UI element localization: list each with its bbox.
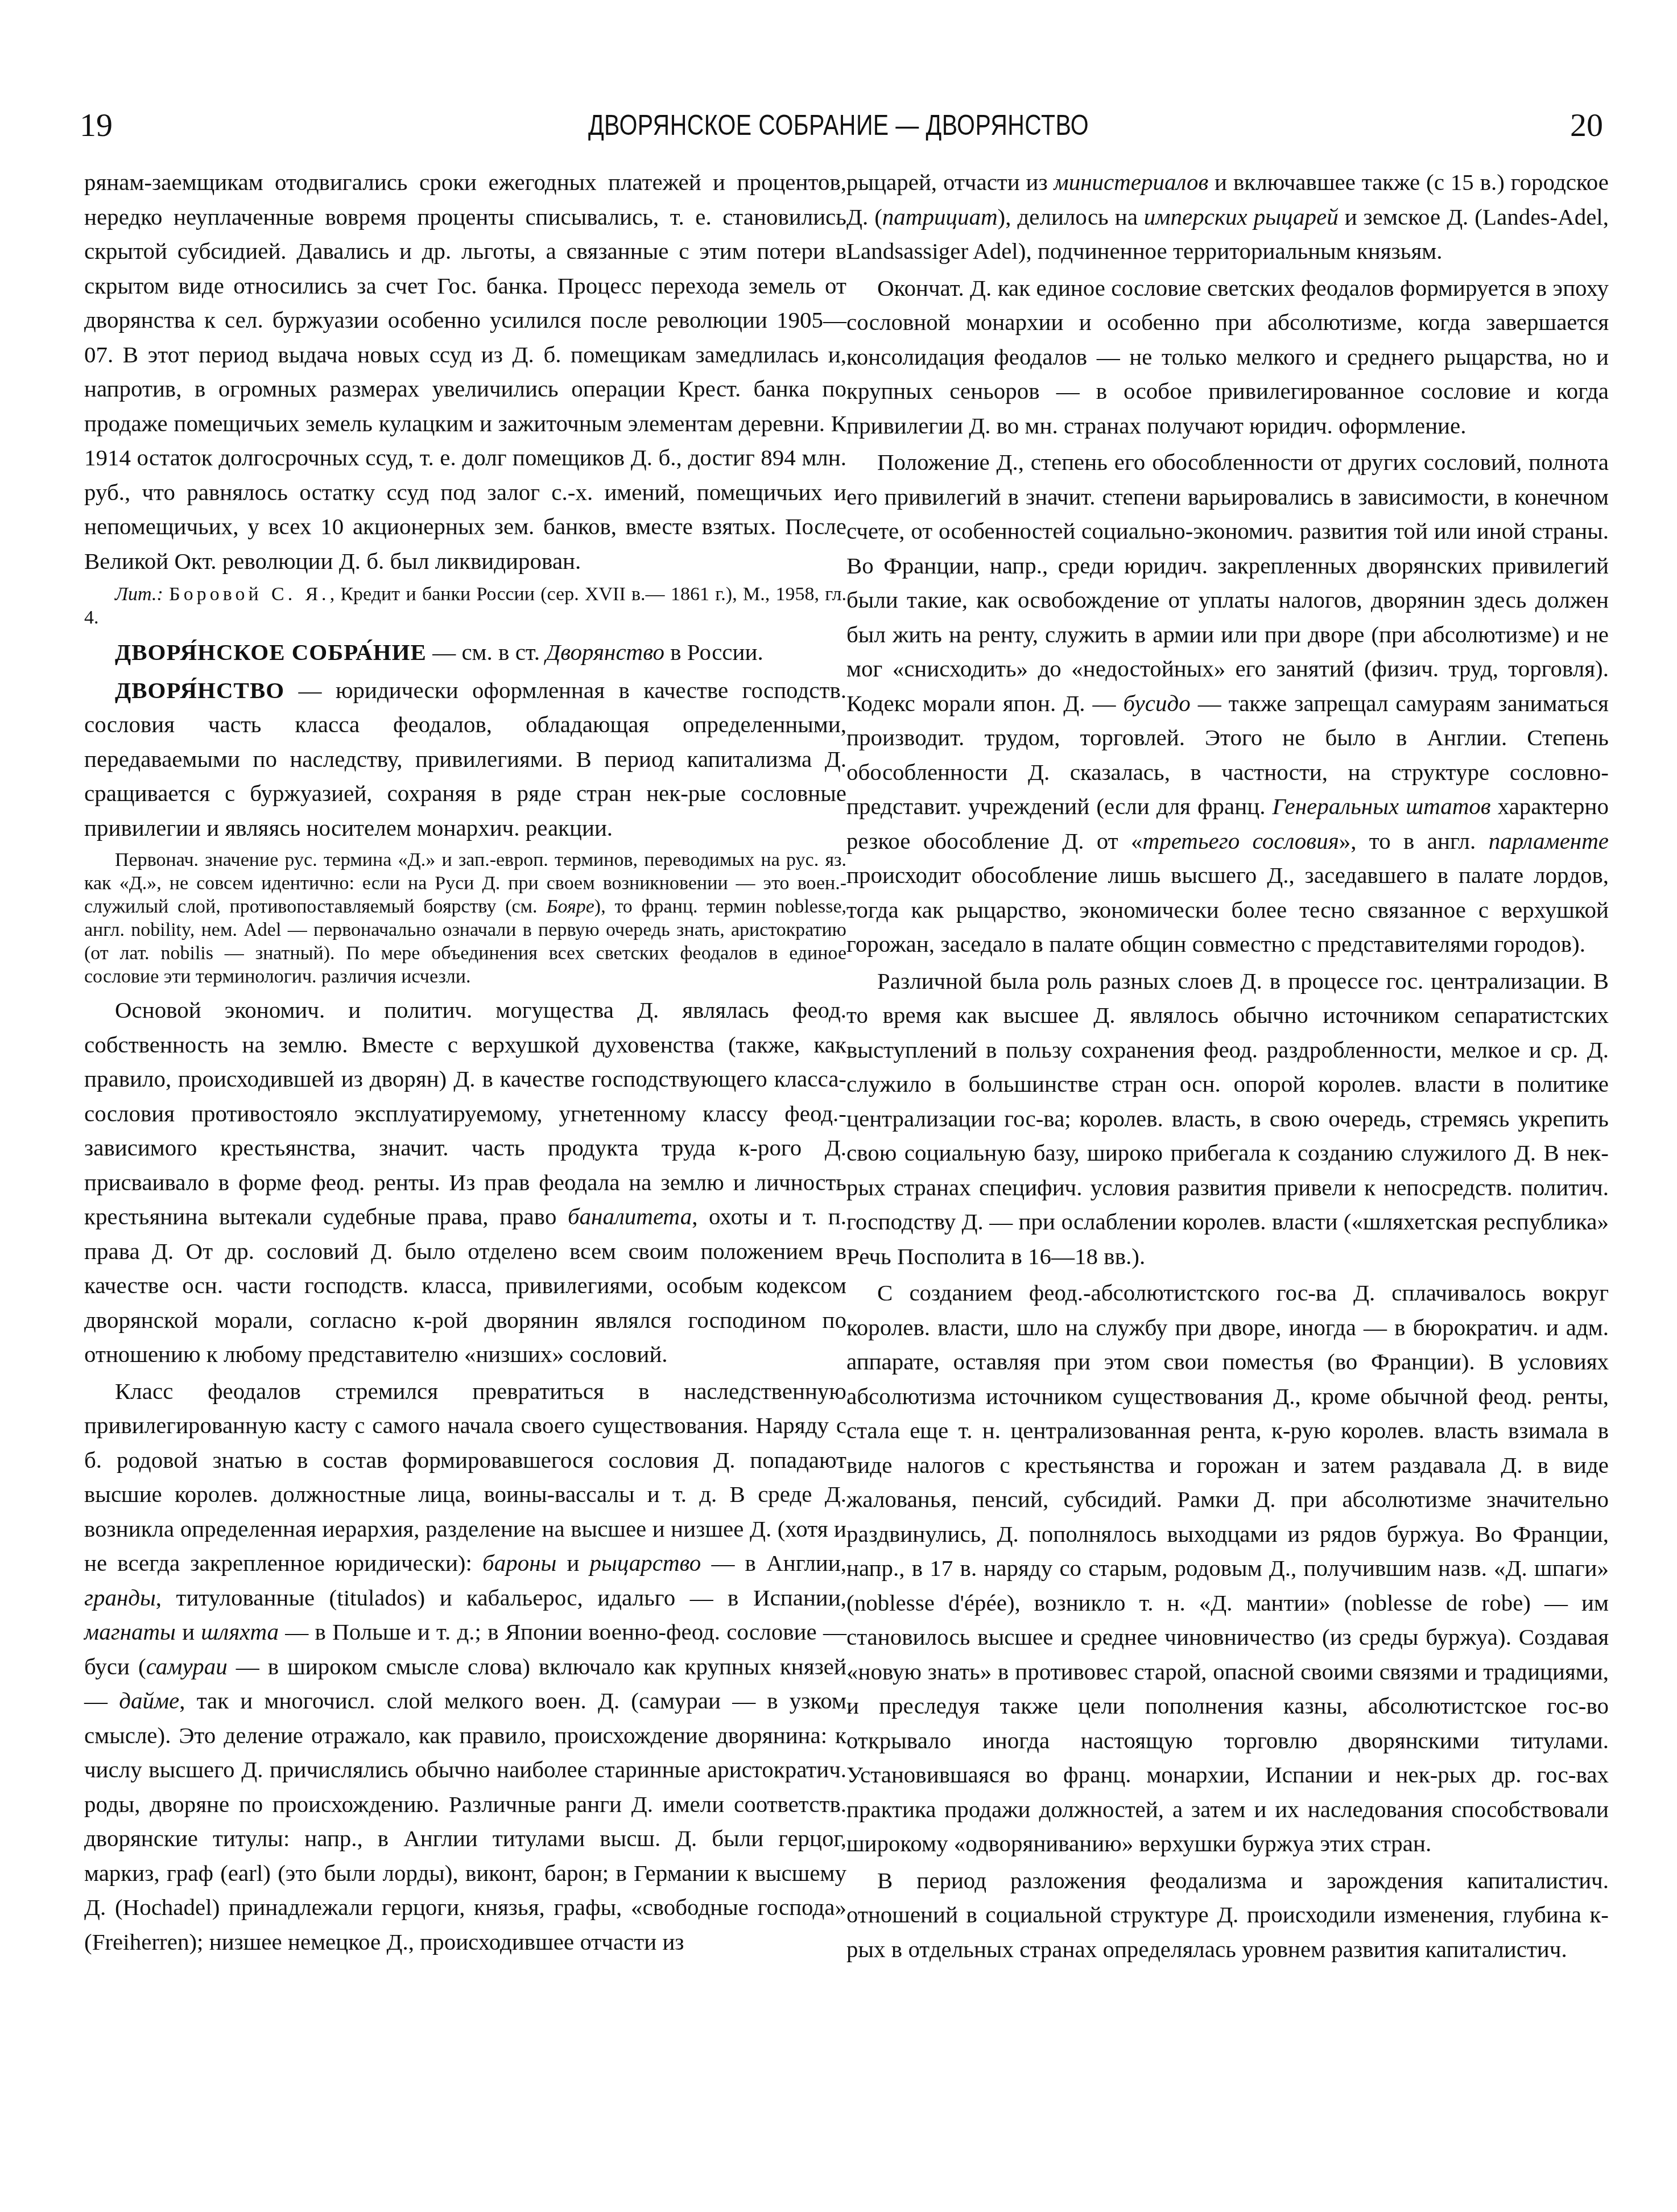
text-segment: и (176, 1619, 201, 1645)
italic-term: дайме (119, 1687, 179, 1714)
text-column-right: рыцарей, отчасти из министериалов и вклю… (846, 165, 1609, 1968)
page-number-right: 20 (1570, 105, 1603, 145)
text-segment: , так и многочисл. слой мелкого воен. Д.… (84, 1687, 846, 1955)
text-segment: Окончат. Д. как единое сословие светских… (846, 275, 1609, 439)
text-segment: Основой экономич. и политич. могущества … (84, 997, 846, 1229)
paragraph: Положение Д., степень его обособленности… (846, 445, 1609, 961)
italic-term: бароны (482, 1550, 556, 1576)
text-segment: Положение Д., степень его обособленности… (846, 449, 1609, 716)
text-segment: ), делилось на (998, 204, 1144, 230)
italic-term: третьего сословия (1143, 828, 1339, 854)
text-segment: рянам-заемщикам отодвигались сроки ежего… (84, 169, 846, 574)
text-segment: Боровой С. Я. (169, 584, 330, 605)
text-segment: и (556, 1550, 589, 1576)
paragraph: рянам-заемщикам отодвигались сроки ежего… (84, 165, 846, 578)
paragraph: С созданием феод.-абсолютистского гос-ва… (846, 1276, 1609, 1861)
paragraph: рыцарей, отчасти из министериалов и вклю… (846, 165, 1609, 269)
text-segment: Класс феодалов стремился превратиться в … (84, 1378, 846, 1577)
entry-headword: ДВОРЯ́НСКОЕ СОБРА́НИЕ (115, 639, 427, 665)
italic-term: бусидо (1123, 690, 1190, 716)
italic-term: министериалов (1054, 169, 1209, 195)
text-segment: Различной была роль разных слоев Д. в пр… (846, 968, 1609, 1269)
text-segment: происходит обособление лишь высшего Д., … (846, 862, 1609, 957)
italic-term: Генеральных штатов (1272, 793, 1490, 819)
literature-reference: Лит.: Боровой С. Я., Кредит и банки Росс… (84, 583, 846, 629)
paragraph: Окончат. Д. как единое сословие светских… (846, 271, 1609, 443)
text-segment: », то в англ. (1339, 828, 1489, 854)
italic-term: Лит.: (115, 584, 169, 605)
paragraph: Первонач. значение рус. термина «Д.» и з… (84, 848, 846, 988)
text-segment: , титулованные (titulados) и кабальерос,… (156, 1584, 846, 1611)
italic-term: баналитета (568, 1203, 692, 1229)
text-segment: в России. (664, 639, 763, 665)
dictionary-entry: ДВОРЯ́НСКОЕ СОБРА́НИЕ — см. в ст. Дворян… (84, 635, 846, 670)
paragraph: В период разложения феодализма и зарожде… (846, 1863, 1609, 1967)
paragraph: Различной была роль разных слоев Д. в пр… (846, 964, 1609, 1274)
italic-term: гранды (84, 1584, 156, 1611)
italic-term: рыцарство (590, 1550, 701, 1576)
italic-term: парламенте (1489, 828, 1609, 854)
running-head-title: ДВОРЯНСКОЕ СОБРАНИЕ — ДВОРЯНСТВО (151, 105, 1526, 145)
paragraph: Основой экономич. и политич. могущества … (84, 993, 846, 1372)
text-segment: — см. в ст. (427, 639, 546, 665)
dictionary-entry: ДВОРЯ́НСТВО — юридически оформленная в к… (84, 673, 846, 845)
text-segment: рыцарей, отчасти из (846, 169, 1054, 195)
page-number-left: 19 (80, 105, 113, 145)
italic-term: имперских рыцарей (1144, 204, 1339, 230)
italic-term: самураи (146, 1653, 228, 1679)
italic-term: Дворянство (546, 639, 664, 665)
text-segment: В период разложения феодализма и зарожде… (846, 1867, 1609, 1962)
page-header: 19 ДВОРЯНСКОЕ СОБРАНИЕ — ДВОРЯНСТВО 20 (0, 105, 1677, 151)
italic-term: Бояре (546, 896, 594, 917)
paragraph: Класс феодалов стремился превратиться в … (84, 1374, 846, 1959)
italic-term: патрициат (882, 204, 998, 230)
text-segment: — в Англии, (701, 1550, 846, 1576)
entry-headword: ДВОРЯ́НСТВО (115, 677, 284, 703)
text-segment: С созданием феод.-абсолютистского гос-ва… (846, 1280, 1609, 1856)
text-column-left: рянам-заемщикам отодвигались сроки ежего… (84, 165, 846, 1961)
italic-term: магнаты (84, 1619, 176, 1645)
italic-term: шляхта (201, 1619, 279, 1645)
